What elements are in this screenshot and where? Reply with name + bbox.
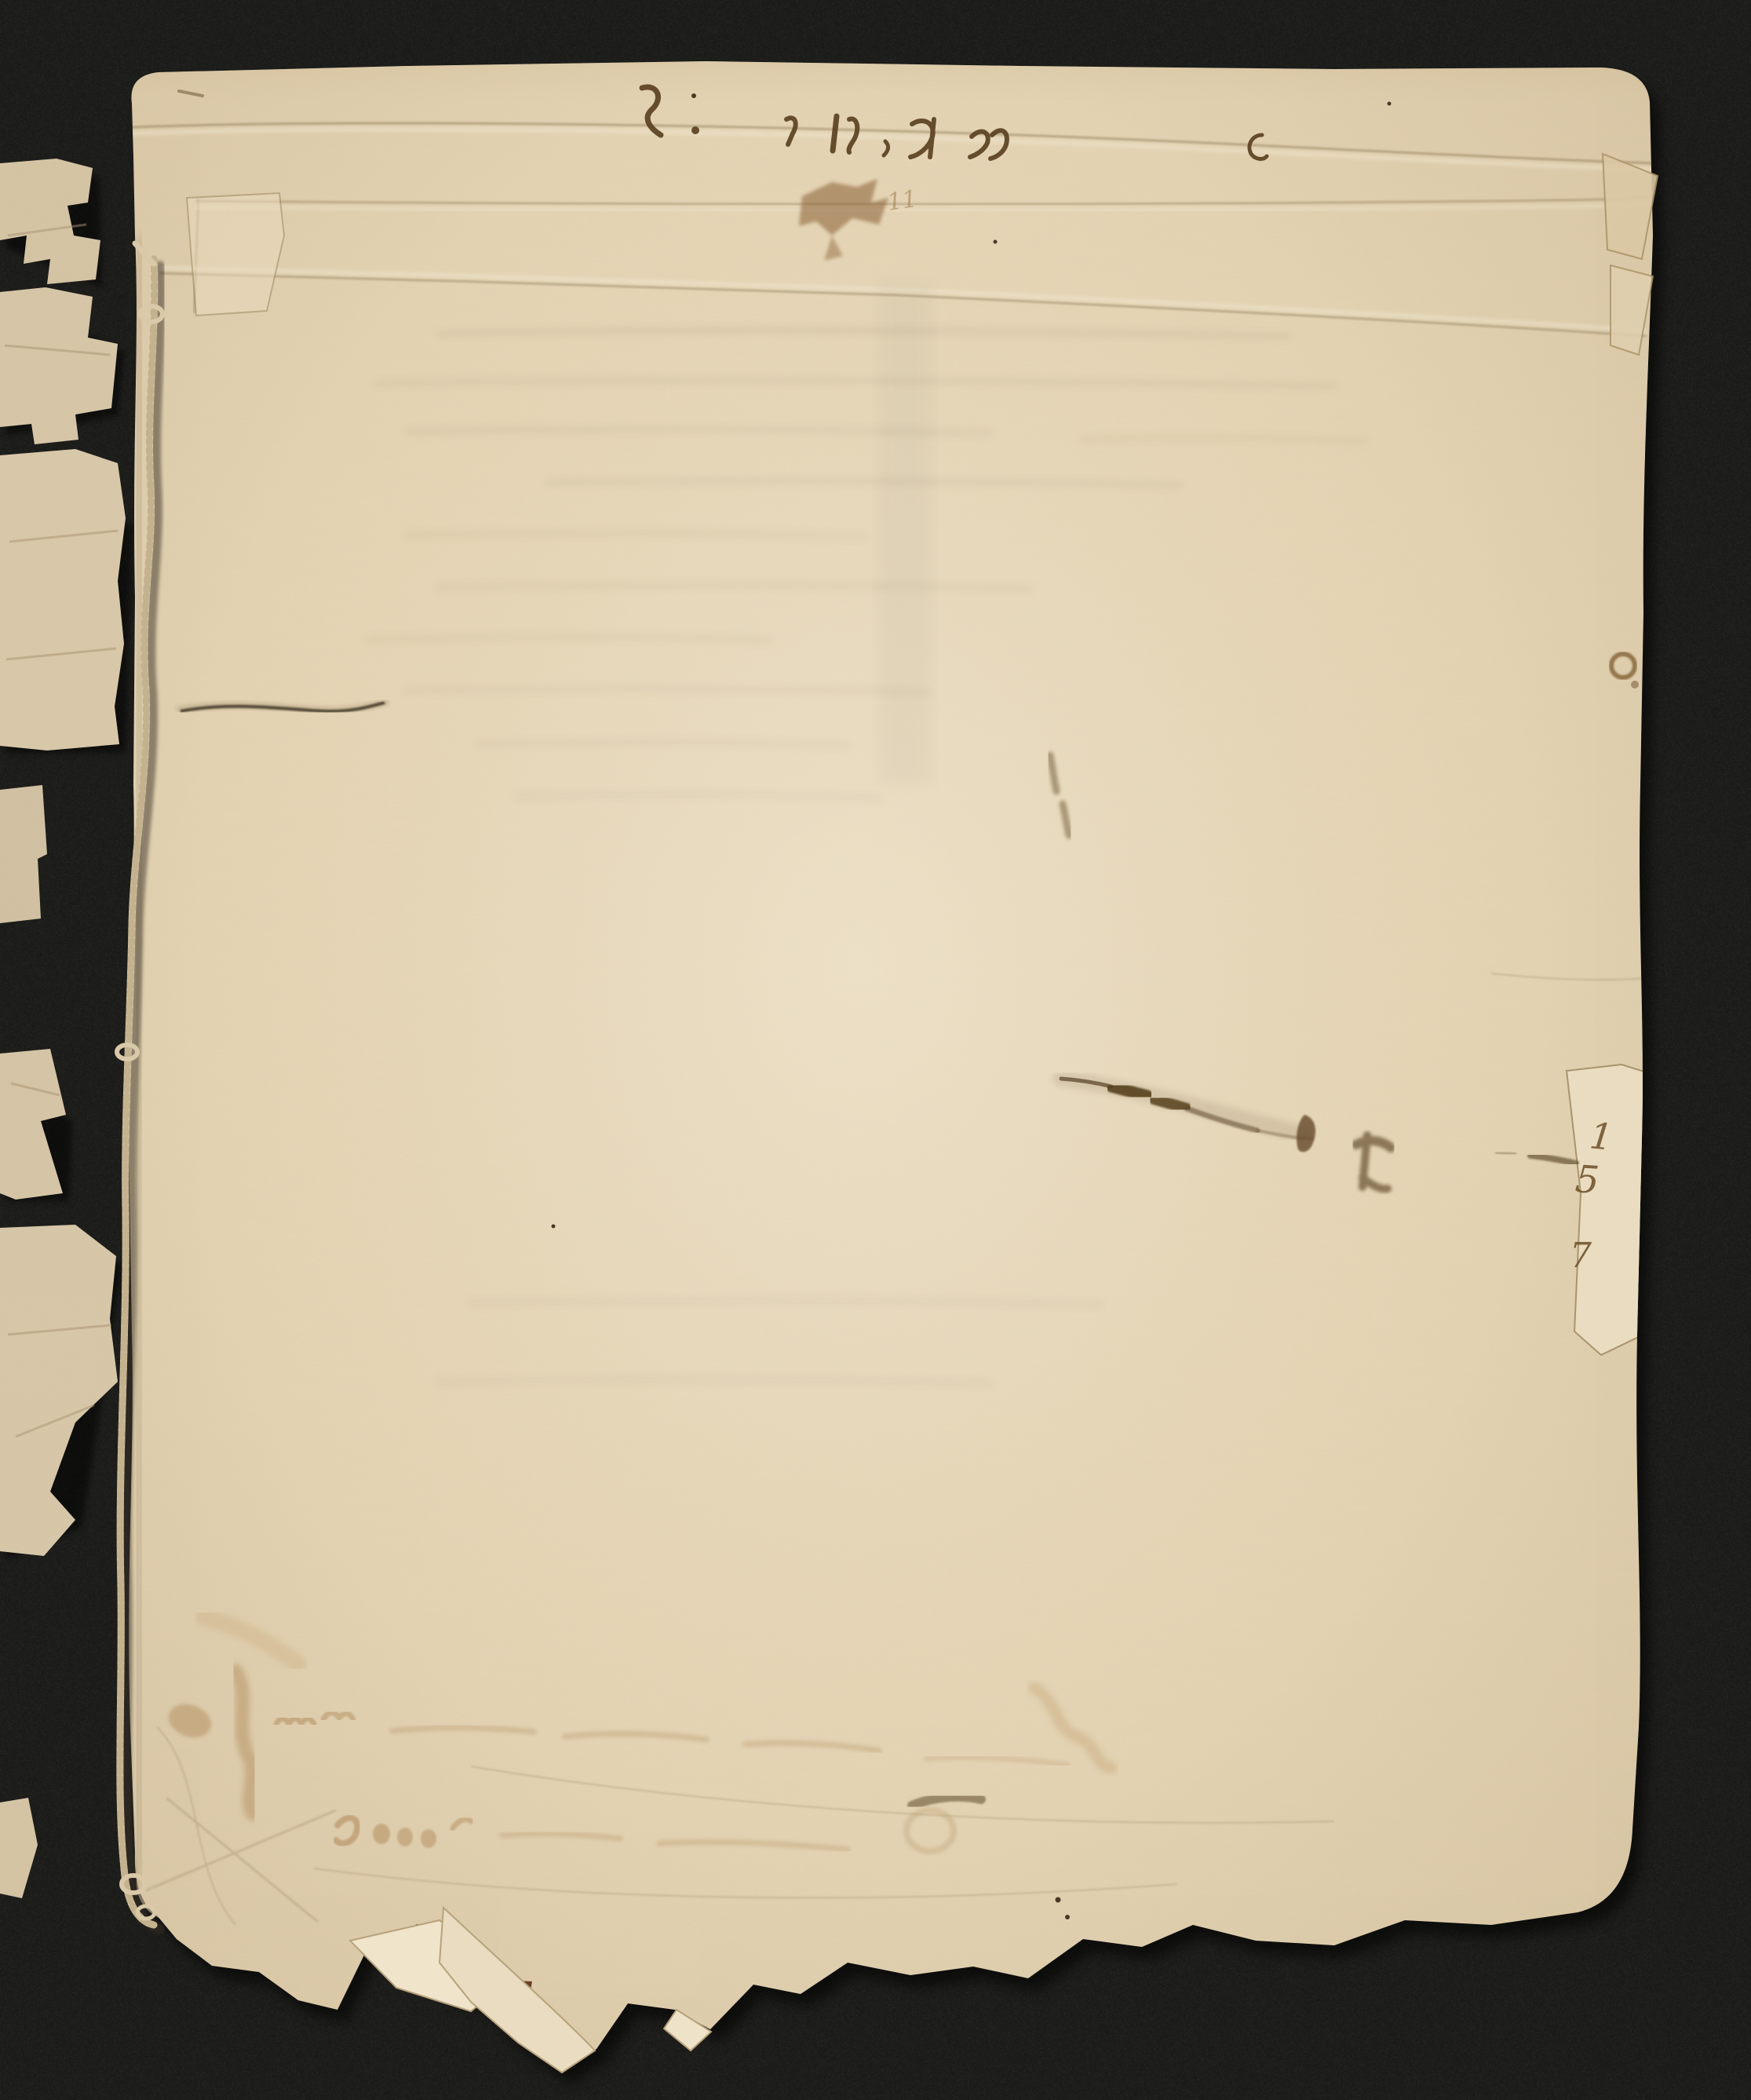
faint-numeral: 11 (885, 185, 919, 217)
manuscript-photo: 11 (0, 0, 1751, 2100)
faded-o (421, 1829, 436, 1848)
manuscript-page: 11 (94, 31, 1711, 2100)
edge-numeral-7: 7 (1570, 1236, 1592, 1276)
edge-smear-faint (1495, 1152, 1516, 1154)
ink-dot (691, 126, 699, 134)
vertical-stain-swath (877, 283, 932, 785)
edge-numeral-1: 1 (1588, 1114, 1615, 1159)
faded-o (373, 1824, 390, 1844)
faded-o (397, 1828, 413, 1846)
corner-tab-edge (187, 193, 284, 316)
page-surface: 11 (94, 31, 1711, 2100)
ink-stroke (833, 116, 837, 151)
manuscript-scan: 11 (0, 0, 1751, 2100)
